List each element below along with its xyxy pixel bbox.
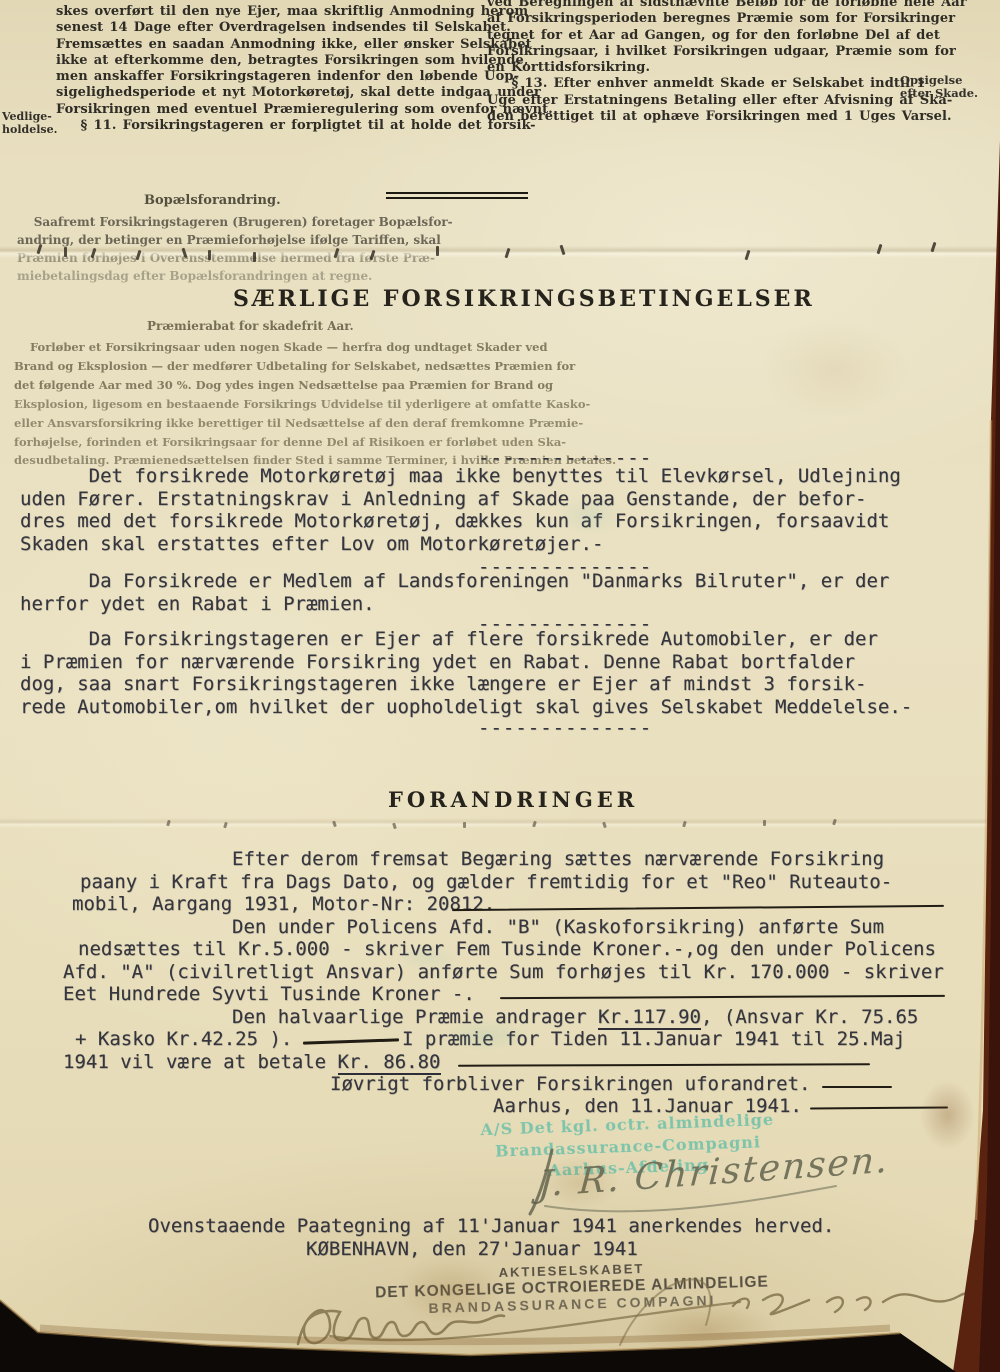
text-line: skes overført til den nye Ejer, maa skri… bbox=[56, 4, 494, 20]
fold-stitch-mark bbox=[832, 819, 836, 825]
text-line: senest 14 Dage efter Overdragelsen indse… bbox=[56, 20, 494, 36]
ink-rule bbox=[822, 1086, 892, 1088]
text-line: det følgende Aar med 30 %. Dog ydes inge… bbox=[14, 376, 494, 395]
paper-edge-highlight bbox=[976, 420, 991, 1220]
fold-stitch-mark bbox=[392, 823, 396, 829]
typed-text: 1941 vil være at betale bbox=[63, 1051, 338, 1073]
text-line: Vedlige- bbox=[2, 110, 54, 123]
stamp-company: AKTIESELSKABETDET KONGELIGE OCTROIEREDE … bbox=[361, 1257, 782, 1318]
text-line: miebetalingsdag efter Bopælsforandringen… bbox=[17, 267, 427, 285]
paragraph-praemierabat: Forløber et Forsikringsaar uden nogen Sk… bbox=[14, 338, 494, 470]
fold-stitch-mark bbox=[436, 246, 439, 256]
fold-stitch-mark bbox=[877, 244, 882, 254]
text-line: dres med det forsikrede Motorkøretøj, dæ… bbox=[20, 510, 901, 533]
text-line: Fremsættes en saadan Anmodning ikke, ell… bbox=[56, 37, 494, 53]
paragraph-bopael: Saafremt Forsikringstageren (Brugeren) f… bbox=[17, 213, 427, 285]
fold-crease bbox=[0, 818, 1000, 828]
ink-rule bbox=[500, 995, 945, 999]
underlined-amount: Kr.117.90 bbox=[598, 1006, 701, 1030]
typed-text: , (Ansvar Kr. 75.65 bbox=[701, 1006, 918, 1028]
section-subtitle-praemierabat: Præmierabat for skadefrit Aar. bbox=[147, 319, 354, 333]
double-rule bbox=[386, 192, 528, 199]
typed-line: Iøvrigt forbliver Forsikringen uforandre… bbox=[330, 1073, 810, 1096]
typed-line-premium: Den halvaarlige Præmie andrager Kr.117.9… bbox=[232, 1006, 918, 1029]
typed-line: I præmie for Tiden 11.Januar 1941 til 25… bbox=[402, 1028, 905, 1051]
text-line: Saafremt Forsikringstageren (Brugeren) f… bbox=[17, 213, 427, 231]
typed-line-amount-due: 1941 vil være at betale Kr. 86.80 bbox=[63, 1051, 441, 1074]
fold-stitch-mark bbox=[931, 242, 936, 252]
text-line: Eksplosion, ligesom en bestaaende Forsik… bbox=[14, 395, 494, 414]
text-line: ikke at efterkomme den, betragtes Forsik… bbox=[56, 53, 494, 69]
fold-stitch-mark bbox=[682, 821, 686, 827]
ink-rule bbox=[458, 1063, 870, 1066]
fold-stitch-mark bbox=[560, 245, 565, 255]
ink-rule bbox=[810, 1107, 948, 1110]
margin-note-cancellation: Opsigelse efter Skade. bbox=[900, 74, 995, 100]
fold-stitch-mark bbox=[602, 822, 606, 828]
text-line: Da Forsikrede er Medlem af Landsforening… bbox=[20, 570, 889, 593]
text-line: uden Fører. Erstatningskrav i Anledning … bbox=[20, 488, 901, 511]
ink-rule bbox=[452, 905, 944, 911]
text-line: af Forsikringsperioden beregnes Præmie s… bbox=[487, 11, 902, 27]
text-line: holdelse. bbox=[2, 123, 54, 136]
typed-line: Efter derom fremsat Begæring sættes nærv… bbox=[232, 848, 884, 871]
typed-paragraph-1: Det forsikrede Motorkøretøj maa ikke ben… bbox=[20, 465, 901, 555]
margin-note-maintenance: Vedlige- holdelse. bbox=[2, 110, 54, 136]
typed-line: mobil, Aargang 1931, Motor-Nr: 20812. bbox=[72, 893, 495, 916]
text-line: dog, saa snart Forsikringstageren ikke l… bbox=[20, 673, 912, 696]
typed-line: + Kasko Kr.42.25 ). bbox=[75, 1028, 292, 1051]
fold-stitch-mark bbox=[223, 822, 227, 828]
section-title-saerlige: SÆRLIGE FORSIKRINGSBETINGELSER bbox=[233, 286, 815, 312]
text-line: i Præmien for nærværende Forsikring ydet… bbox=[20, 651, 912, 674]
text-line: Da Forsikringstageren er Ejer af flere f… bbox=[20, 628, 912, 651]
strike-mark bbox=[303, 1038, 399, 1044]
printed-column-right: ved Beregningen af sidstnævnte Beløb for… bbox=[487, 0, 902, 125]
typed-acknowledgement-date: KØBENHAVN, den 27'Januar 1941 bbox=[306, 1238, 638, 1261]
text-line: Forløber et Forsikringsaar uden nogen Sk… bbox=[14, 338, 494, 357]
fold-stitch-mark bbox=[505, 248, 510, 258]
text-line: Det forsikrede Motorkøretøj maa ikke ben… bbox=[20, 465, 901, 488]
typed-text: Den halvaarlige Præmie andrager bbox=[232, 1006, 598, 1028]
document-page: Vedlige- holdelse. skes overført til den… bbox=[0, 0, 1000, 1372]
fold-stitch-mark bbox=[532, 821, 536, 827]
paper-stain bbox=[760, 320, 910, 420]
typed-line: paany i Kraft fra Dags Dato, og gælder f… bbox=[80, 871, 892, 894]
typed-paragraph-2: Da Forsikrede er Medlem af Landsforening… bbox=[20, 570, 889, 615]
text-line: rede Automobiler,om hvilket der uopholde… bbox=[20, 696, 912, 719]
fold-stitch-mark bbox=[763, 820, 766, 826]
text-line: Uge efter Erstatningens Betaling eller e… bbox=[487, 93, 902, 109]
typed-line: Den under Policens Afd. "B" (Kaskoforsik… bbox=[232, 916, 884, 939]
dashed-separator: -------------- bbox=[478, 717, 652, 740]
text-line: Forsikringen med eventuel Præmiereguleri… bbox=[56, 102, 494, 118]
text-line: efter Skade. bbox=[900, 87, 995, 100]
paper-edge-shadow bbox=[40, 1328, 890, 1342]
text-line: herfor ydet en Rabat i Præmien. bbox=[20, 593, 889, 616]
text-line: sigelighedsperiode et nyt Motorkøretøj, … bbox=[56, 85, 494, 101]
typed-paragraph-3: Da Forsikringstageren er Ejer af flere f… bbox=[20, 628, 912, 718]
text-line: den berettiget til at ophæve Forsikringe… bbox=[487, 109, 902, 125]
text-line: tegnet for et Aar ad Gangen, og for den … bbox=[487, 28, 902, 44]
text-line: forhøjelse, forinden et Forsikringsaar f… bbox=[14, 433, 494, 452]
text-line: ved Beregningen af sidstnævnte Beløb for… bbox=[487, 0, 902, 11]
printed-column-left: skes overført til den nye Ejer, maa skri… bbox=[56, 4, 494, 134]
section-title-bopael: Bopælsforandring. bbox=[144, 193, 281, 208]
text-line: en Korttidsforsikring. bbox=[487, 60, 902, 76]
fold-stitch-mark bbox=[332, 821, 336, 827]
text-line: men anskaffer Forsikringstageren indenfo… bbox=[56, 69, 494, 85]
text-line: § 13. Efter enhver anmeldt Skade er Sels… bbox=[487, 76, 902, 92]
fold-stitch-mark bbox=[745, 250, 750, 260]
fold-stitch-mark bbox=[463, 822, 466, 828]
text-line: Præmien forhøjes i Overensstemmelse herm… bbox=[17, 249, 427, 267]
typed-line: Eet Hundrede Syvti Tusinde Kroner -. bbox=[63, 983, 475, 1006]
text-line: Brand og Eksplosion — der medfører Udbet… bbox=[14, 357, 494, 376]
section-title-forandringer: FORANDRINGER bbox=[388, 787, 638, 812]
text-line: Skaden skal erstattes efter Lov om Motor… bbox=[20, 533, 901, 556]
underlined-amount: Kr. 86.80 bbox=[338, 1051, 441, 1075]
text-line: eller Ansvarsforsikring ikke berettiger … bbox=[14, 414, 494, 433]
paper-stain bbox=[920, 1080, 975, 1150]
text-line: Forsikringsaar, i hvilket Forsikringen u… bbox=[487, 44, 902, 60]
fold-stitch-mark bbox=[166, 820, 170, 826]
typed-acknowledgement: Ovenstaaende Paategning af 11'Januar 194… bbox=[148, 1215, 834, 1238]
typed-line: nedsættes til Kr.5.000 - skriver Fem Tus… bbox=[78, 938, 936, 961]
paper-edge-right bbox=[953, 140, 1000, 1372]
paper-edge-right-dark bbox=[979, 160, 1000, 1372]
text-line: andring, der betinger en Præmieforhøjels… bbox=[17, 231, 427, 249]
text-line: § 11. Forsikringstageren er forpligtet t… bbox=[56, 118, 494, 134]
typed-line: Afd. "A" (civilretligt Ansvar) anførte S… bbox=[63, 961, 944, 984]
